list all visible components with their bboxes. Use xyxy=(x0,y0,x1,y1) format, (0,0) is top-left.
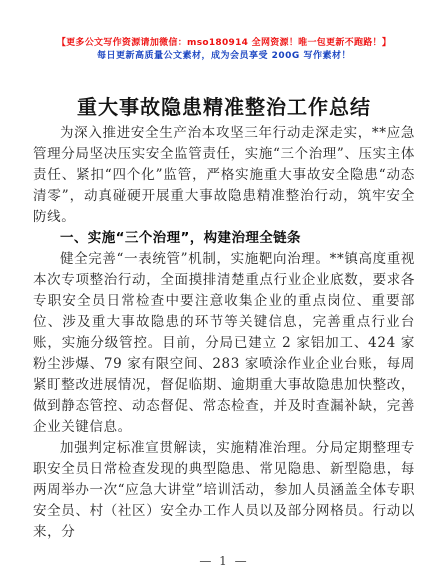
promo-line-red: 【更多公文写作资源请加微信：mso180914 全网资源！唯一包更新不跑路！】 xyxy=(0,37,448,50)
document-body: 为深入推进安全生产治本攻坚三年行动走深走实，**应急管理分局坚决压实安全监管责任… xyxy=(33,123,415,543)
promo-line-blue: 每日更新高质量公文素材，成为会员享受 200G 写作素材！ xyxy=(0,50,448,63)
page-number: — 1 — xyxy=(0,553,448,569)
paragraph-intro: 为深入推进安全生产治本攻坚三年行动走深走实，**应急管理分局坚决压实安全监管责任… xyxy=(33,123,415,228)
document-title: 重大事故隐患精准整治工作总结 xyxy=(0,94,448,120)
paragraph-governance: 健全完善“一表统管”机制，实施靶向治理。**镇高度重视本次专项整治行动，全面摸排… xyxy=(33,249,415,438)
section-heading-1: 一、实施“三个治理”，构建治理全链条 xyxy=(33,228,415,249)
document-page: 【更多公文写作资源请加微信：mso180914 全网资源！唯一包更新不跑路！】 … xyxy=(0,0,448,580)
promo-header: 【更多公文写作资源请加微信：mso180914 全网资源！唯一包更新不跑路！】 … xyxy=(0,0,448,63)
paragraph-training: 加强判定标准宣贯解读，实施精准治理。分局定期整理专职安全员日常检查发现的典型隐患… xyxy=(33,438,415,543)
